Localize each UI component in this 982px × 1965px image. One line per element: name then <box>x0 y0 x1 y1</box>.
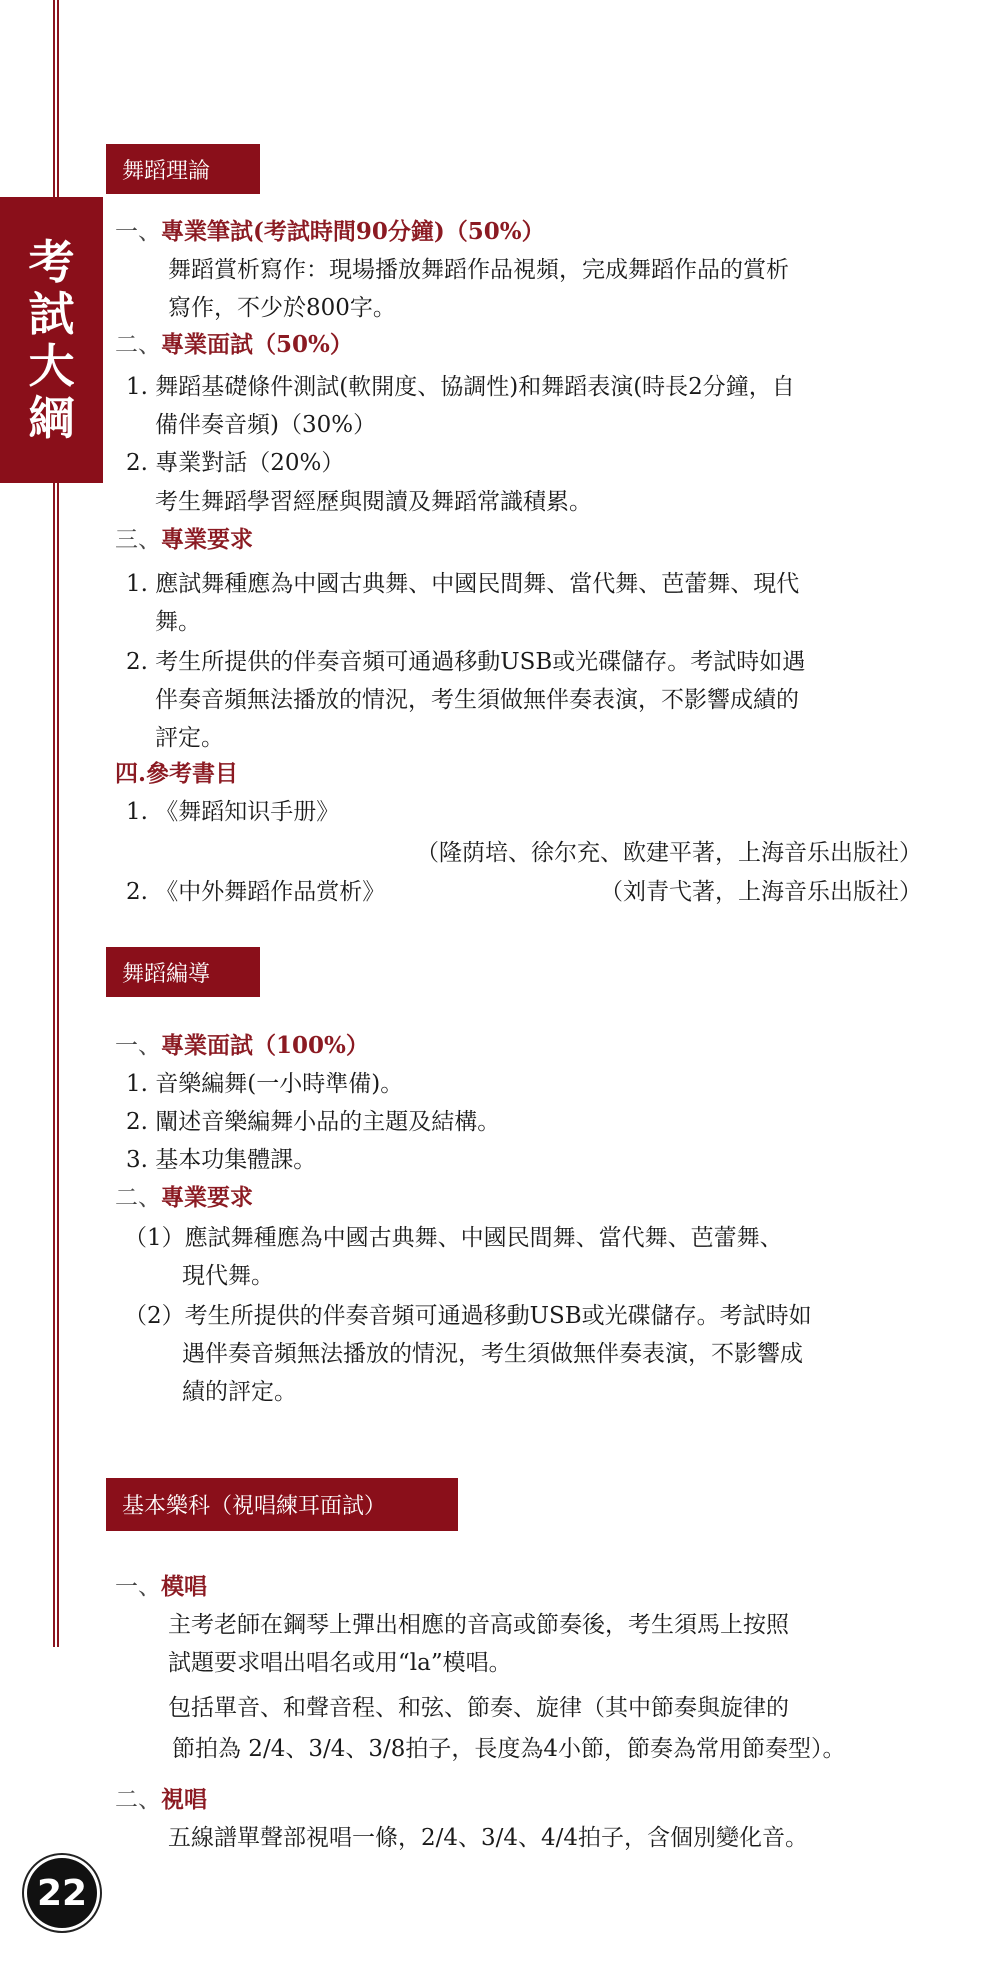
page-number-badge: 22 <box>27 1858 97 1928</box>
section-title-dance-theory: 舞蹈理論 <box>106 144 260 194</box>
section-title-choreography: 舞蹈編導 <box>106 947 260 997</box>
list-item-cont: 伴奏音頻無法播放的情況，考生須做無伴奏表演，不影響成績的 <box>155 685 799 715</box>
heading: 二、視唱 <box>115 1785 207 1815</box>
side-tab-char: 大 <box>29 340 75 392</box>
list-item-cont: 現代舞。 <box>182 1261 274 1291</box>
body-text: 試題要求唱出唱名或用“la”模唱。 <box>168 1648 512 1678</box>
heading: 一、專業面試（100%） <box>115 1031 369 1061</box>
list-item: 3. 基本功集體課。 <box>126 1145 316 1175</box>
list-item: 2. 考生所提供的伴奏音頻可通過移動USB或光碟儲存。考試時如遇 <box>126 647 805 677</box>
section-title-basic-music: 基本樂科（視唱練耳面試） <box>106 1478 458 1531</box>
list-item: （2）考生所提供的伴奏音頻可通過移動USB或光碟儲存。考試時如 <box>124 1301 812 1331</box>
heading: 一、專業筆試(考試時間90分鐘)（50%） <box>115 217 545 247</box>
heading: 二、專業面試（50%） <box>115 330 353 360</box>
list-item: （1）應試舞種應為中國古典舞、中國民間舞、當代舞、芭蕾舞、 <box>124 1223 783 1253</box>
list-item-cont: 評定。 <box>155 723 224 753</box>
heading: 四.參考書目 <box>115 759 238 789</box>
side-tab-exam-outline: 考 試 大 綱 <box>0 197 103 483</box>
list-item: 1. 舞蹈基礎條件測試(軟開度、協調性)和舞蹈表演(時長2分鐘，自 <box>126 372 795 402</box>
list-item: 2. 闡述音樂編舞小品的主題及結構。 <box>126 1107 500 1137</box>
body-text: 考生舞蹈學習經歷與閱讀及舞蹈常識積累。 <box>155 487 592 517</box>
body-text: 包括單音、和聲音程、和弦、節奏、旋律（其中節奏與旋律的 <box>168 1693 789 1723</box>
heading: 三、專業要求 <box>115 525 253 555</box>
body-text: 節拍為 2/4、3/4、3/8拍子，長度為4小節，節奏為常用節奏型）。 <box>172 1734 846 1764</box>
list-item: 2. 專業對話（20%） <box>126 448 344 478</box>
body-text: 寫作，不少於800字。 <box>168 293 396 323</box>
list-item: 1. 音樂編舞(一小時準備)。 <box>126 1069 403 1099</box>
body-text: 舞蹈賞析寫作：現場播放舞蹈作品視頻，完成舞蹈作品的賞析 <box>168 255 789 285</box>
list-item-cont: 遇伴奏音頻無法播放的情況，考生須做無伴奏表演，不影響成 <box>182 1339 803 1369</box>
book-citation: （隆荫培、徐尔充、欧建平著，上海音乐出版社） <box>416 838 922 868</box>
list-item-cont: 備伴奏音頻)（30%） <box>155 410 376 440</box>
book-citation: （刘青弋著，上海音乐出版社） <box>600 877 922 907</box>
book-title: 1. 《舞蹈知识手册》 <box>126 797 339 827</box>
body-text: 五線譜單聲部視唱一條，2/4、3/4、4/4拍子，含個別變化音。 <box>168 1823 808 1853</box>
side-tab-char: 試 <box>29 288 75 340</box>
body-text: 主考老師在鋼琴上彈出相應的音高或節奏後，考生須馬上按照 <box>168 1610 789 1640</box>
list-item: 1. 應試舞種應為中國古典舞、中國民間舞、當代舞、芭蕾舞、現代 <box>126 569 799 599</box>
side-tab-char: 綱 <box>29 392 75 444</box>
list-item-cont: 績的評定。 <box>182 1377 297 1407</box>
side-tab-char: 考 <box>29 236 75 288</box>
heading: 二、專業要求 <box>115 1183 253 1213</box>
list-item-cont: 舞。 <box>155 607 201 637</box>
book-title: 2. 《中外舞蹈作品赏析》 <box>126 877 385 907</box>
heading: 一、模唱 <box>115 1572 207 1602</box>
